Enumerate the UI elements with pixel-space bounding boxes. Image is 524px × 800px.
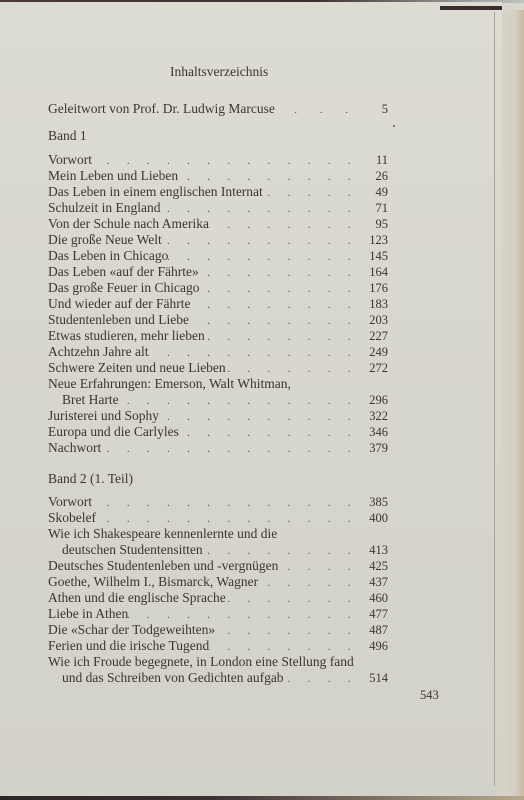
right-page-edge <box>502 10 524 800</box>
leader-dots: . . . . . . . . . . . . . . . . . . . . … <box>96 511 358 527</box>
toc-entry: Liebe in Athen . . . . . . . . . . . . .… <box>48 606 388 622</box>
entry-label: Europa und die Carlyles <box>48 424 179 440</box>
toc-entry: Goethe, Wilhelm I., Bismarck, Wagner . .… <box>48 574 388 590</box>
leader-dots: . . . . . . . . . . . . . . . . . . . . … <box>168 249 358 265</box>
toc-entry: Die «Schar der Todgeweihten» . . . . . .… <box>48 622 388 638</box>
entry-label: Das Leben in einem englischen Internat <box>48 184 263 200</box>
entry-page: 400 <box>358 510 388 526</box>
toc-entry: Das Leben in Chicago . . . . . . . . . .… <box>48 248 388 264</box>
toc-entry: Athen und die englische Sprache . . . . … <box>48 590 388 606</box>
entry-label: Wie ich Froude begegnete, in London eine… <box>48 654 354 670</box>
entry-label: Geleitwort von Prof. Dr. Ludwig Marcuse <box>48 101 275 117</box>
entry-page: 176 <box>358 280 388 296</box>
section-heading-band1: Band 1 <box>48 128 87 144</box>
toc-entry-multiline: Wie ich Shakespeare kennenlernte und die <box>48 526 388 542</box>
leader-dots: . . . . . . . . . . . . . . . . . . . . … <box>205 329 358 345</box>
entry-page: 95 <box>358 216 388 232</box>
entry-page: 164 <box>358 264 388 280</box>
toc-entry-foreword: Geleitwort von Prof. Dr. Ludwig Marcuse … <box>48 95 388 111</box>
entry-page: 322 <box>358 408 388 424</box>
section-heading-band2: Band 2 (1. Teil) <box>48 471 133 487</box>
entry-page: 346 <box>358 424 388 440</box>
entry-page: 5 <box>358 95 388 117</box>
entry-page: 385 <box>358 494 388 510</box>
leader-dots: . . . . . . . . . . . . . . . . . . . . … <box>190 297 358 313</box>
entry-label: Bret Harte <box>48 392 119 408</box>
entry-page: 460 <box>358 590 388 606</box>
entry-label: Von der Schule nach Amerika <box>48 216 209 232</box>
entry-label: Das Leben «auf der Fährte» <box>48 264 199 280</box>
toc-entry-continuation: und das Schreiben von Gedichten aufgab .… <box>48 670 388 686</box>
toc-entry: Und wieder auf der Fährte . . . . . . . … <box>48 296 388 312</box>
leader-dots: . . . . . . . . . . . . . . . . . . . . … <box>278 559 358 575</box>
toc-entry: Nachwort . . . . . . . . . . . . . . . .… <box>48 440 388 456</box>
top-right-shadow <box>440 6 502 10</box>
leader-dots: . . . . . . . . . . . . . . . . . . . . … <box>199 281 358 297</box>
leader-dots: . . . . . . . . . . . . . . . . . . . . … <box>128 607 358 623</box>
toc-entry-multiline: Neue Erfahrungen: Emerson, Walt Whitman, <box>48 376 388 392</box>
leader-dots: . . . . . . . . . . . . . . . . . . . . … <box>226 591 358 607</box>
toc-entry: Vorwort . . . . . . . . . . . . . . . . … <box>48 494 388 510</box>
entry-label: Schwere Zeiten und neue Lieben <box>48 360 226 376</box>
leader-dots: . . . . . . . . . . . . . . . . . . . . … <box>92 495 358 511</box>
toc-entry: Europa und die Carlyles . . . . . . . . … <box>48 424 388 440</box>
toc-entry: Deutsches Studentenleben und -vergnügen … <box>48 558 388 574</box>
entry-label: Juristerei und Sophy <box>48 408 159 424</box>
entry-label: und das Schreiben von Gedichten aufgab <box>48 670 284 686</box>
entry-label: Liebe in Athen <box>48 606 128 622</box>
toc-entry: Vorwort . . . . . . . . . . . . . . . . … <box>48 152 388 168</box>
page-edge-line <box>494 12 495 786</box>
entry-page: 227 <box>358 328 388 344</box>
toc-entry: Schwere Zeiten und neue Lieben . . . . .… <box>48 360 388 376</box>
entry-page: 49 <box>358 184 388 200</box>
entry-label: Schulzeit in England <box>48 200 160 216</box>
entry-page: 203 <box>358 312 388 328</box>
toc-entry: Das große Feuer in Chicago . . . . . . .… <box>48 280 388 296</box>
stray-mark <box>393 125 395 127</box>
entry-label: Mein Leben und Lieben <box>48 168 178 184</box>
entry-label: Neue Erfahrungen: Emerson, Walt Whitman, <box>48 376 291 392</box>
entry-page: 296 <box>358 392 388 408</box>
leader-dots: . . . . . . . . . . . . . . . . . . . . … <box>226 361 358 377</box>
leader-dots: . . . . . . . . . . . . . . . . . . . . … <box>263 185 358 201</box>
toc-entry: Schulzeit in England . . . . . . . . . .… <box>48 200 388 216</box>
leader-dots: . . . . . . . . . . . . . . . . . . . . … <box>148 345 358 361</box>
entry-label: Achtzehn Jahre alt <box>48 344 148 360</box>
leader-dots: . . . . . . . . . . . . . . . . . . . . … <box>159 409 358 425</box>
entry-label: Skobelef <box>48 510 96 526</box>
entry-label: Deutsches Studentenleben und -vergnügen <box>48 558 278 574</box>
entry-page: 413 <box>358 542 388 558</box>
entry-label: Die große Neue Welt <box>48 232 162 248</box>
toc-entry: Von der Schule nach Amerika . . . . . . … <box>48 216 388 232</box>
entry-page: 514 <box>358 670 388 686</box>
entry-page: 496 <box>358 638 388 654</box>
leader-dots: . . . . . . . . . . . . . . . . . . . . … <box>199 265 358 281</box>
entry-page: 487 <box>358 622 388 638</box>
entry-label: Vorwort <box>48 494 92 510</box>
entry-page: 425 <box>358 558 388 574</box>
leader-dots: . . . . . . . . . . . . . . . . . . . . … <box>203 543 358 559</box>
toc-entry: Juristerei und Sophy . . . . . . . . . .… <box>48 408 388 424</box>
entry-label: Etwas studieren, mehr lieben <box>48 328 205 344</box>
entry-page: 11 <box>358 152 388 168</box>
leader-dots: . . . . . . . . . . . . . . . . . . . . … <box>178 169 358 185</box>
entry-page: 145 <box>358 248 388 264</box>
entry-label: Athen und die englische Sprache <box>48 590 226 606</box>
leader-dots: . . . . . . . . . . . . . . . . . . . . … <box>209 639 358 655</box>
entry-label: Goethe, Wilhelm I., Bismarck, Wagner <box>48 574 258 590</box>
entry-page: 477 <box>358 606 388 622</box>
bottom-shadow <box>0 796 524 800</box>
leader-dots: . . . . . . . . . . . . . . . . . . . . … <box>209 217 358 233</box>
toc-entry: Studentenleben und Liebe . . . . . . . .… <box>48 312 388 328</box>
leader-dots: . . . . . . . . . . . . . . . . . . . . … <box>179 425 358 441</box>
toc-entry: Etwas studieren, mehr lieben . . . . . .… <box>48 328 388 344</box>
toc-entry: Mein Leben und Lieben . . . . . . . . . … <box>48 168 388 184</box>
toc-entry-continuation: deutschen Studentensitten . . . . . . . … <box>48 542 388 558</box>
entry-label: Und wieder auf der Fährte <box>48 296 190 312</box>
entry-page: 379 <box>358 440 388 456</box>
entry-label: Studentenleben und Liebe <box>48 312 189 328</box>
entry-label: Vorwort <box>48 152 92 168</box>
toc-entry: Die große Neue Welt . . . . . . . . . . … <box>48 232 388 248</box>
leader-dots: . . . . . . . . . . . . . . . . . . . . … <box>284 671 358 687</box>
entry-page: 437 <box>358 574 388 590</box>
toc-entry: Skobelef . . . . . . . . . . . . . . . .… <box>48 510 388 526</box>
toc-entry: Das Leben in einem englischen Internat .… <box>48 184 388 200</box>
leader-dots: . . . . . . . . . . . . . . . . . . . . … <box>258 575 358 591</box>
leader-dots: . . . . . . . . . . . . . . . . . . . . … <box>101 441 358 457</box>
leader-dots: . . . . . . . . . . . . . . . . . . . . … <box>92 153 358 169</box>
entry-page: 123 <box>358 232 388 248</box>
page-number: 543 <box>420 688 439 703</box>
entry-page: 249 <box>358 344 388 360</box>
leader-dots: . . . . . . . . . . . . . . . . . . . . … <box>162 233 358 249</box>
entry-label: Wie ich Shakespeare kennenlernte und die <box>48 526 277 542</box>
entry-label: Ferien und die irische Tugend <box>48 638 209 654</box>
entry-page: 272 <box>358 360 388 376</box>
leader-dots: . . . . . . . . . . . . . . . . . . . . … <box>215 623 358 639</box>
leader-dots: . . . . . . . . . . . . . . . . . . . . … <box>160 201 358 217</box>
entry-label: Die «Schar der Todgeweihten» <box>48 622 215 638</box>
page-title: Inhaltsverzeichnis <box>170 64 268 80</box>
leader-dots: . . . . <box>275 102 358 118</box>
entry-page: 183 <box>358 296 388 312</box>
toc-entry: Ferien und die irische Tugend . . . . . … <box>48 638 388 654</box>
entry-label: Das große Feuer in Chicago <box>48 280 199 296</box>
toc-entry-continuation: Bret Harte . . . . . . . . . . . . . . .… <box>48 392 388 408</box>
entry-label: Nachwort <box>48 440 101 456</box>
entry-label: deutschen Studentensitten <box>48 542 203 558</box>
leader-dots: . . . . . . . . . . . . . . . . . . . . … <box>189 313 358 329</box>
toc-entry: Achtzehn Jahre alt . . . . . . . . . . .… <box>48 344 388 360</box>
toc-entry-multiline: Wie ich Froude begegnete, in London eine… <box>48 654 388 670</box>
entry-page: 71 <box>358 200 388 216</box>
leader-dots: . . . . . . . . . . . . . . . . . . . . … <box>119 393 358 409</box>
entry-label: Das Leben in Chicago <box>48 248 168 264</box>
toc-entry: Das Leben «auf der Fährte» . . . . . . .… <box>48 264 388 280</box>
entry-page: 26 <box>358 168 388 184</box>
